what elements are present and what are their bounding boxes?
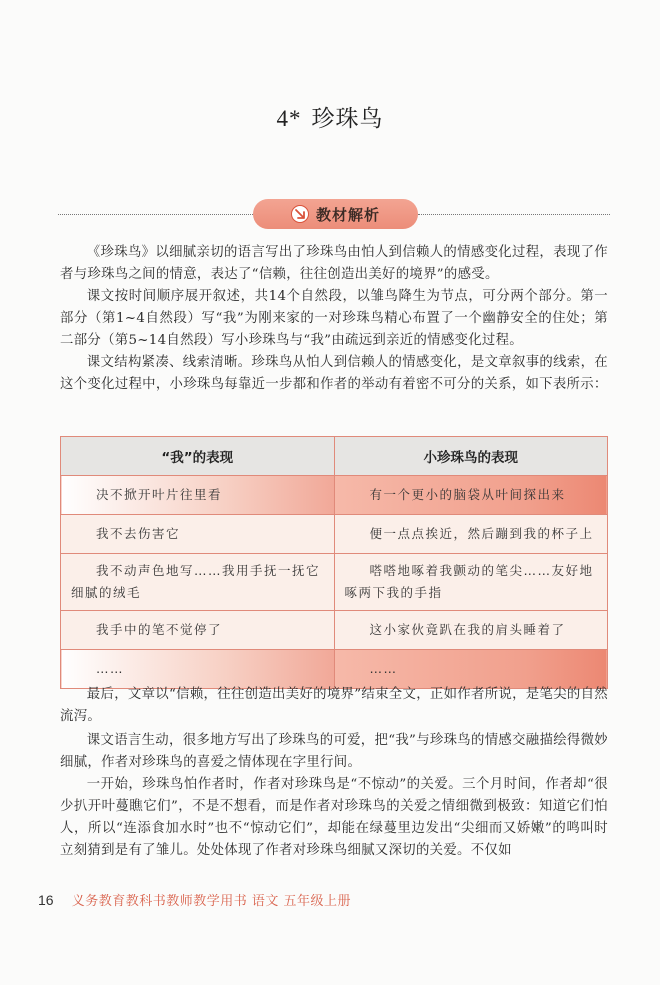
table-cell: 便一点点挨近，然后蹦到我的杯子上 <box>334 515 608 554</box>
table-cell: 有一个更小的脑袋从叶间探出来 <box>334 476 608 515</box>
paragraph-language: 课文语言生动，很多地方写出了珍珠鸟的可爱，把“我”与珍珠鸟的情感交融描绘得微妙细… <box>60 730 608 774</box>
table-cell: 嗒嗒地啄着我颤动的笔尖……友好地啄两下我的手指 <box>334 554 608 611</box>
paragraph-clue: 课文结构紧凑、线索清晰。珍珠鸟从怕人到信赖人的情感变化，是文章叙事的线索，在这个… <box>60 352 608 396</box>
table-row: 我手中的笔不觉停了 这小家伙竟趴在我的肩头睡着了 <box>61 611 608 650</box>
paragraph-ending: 最后，文章以“信赖，往往创造出美好的境界”结束全文，正如作者所说，是笔尖的自然流… <box>60 684 608 728</box>
dotted-divider-left <box>58 214 253 215</box>
arrow-down-right-circle-icon <box>291 205 309 223</box>
table-cell: 我手中的笔不觉停了 <box>61 611 335 650</box>
paragraph-structure: 课文按时间顺序展开叙述，共14个自然段，以雏鸟降生为节点，可分两个部分。第一部分… <box>60 286 608 352</box>
table-cell: …… <box>334 650 608 689</box>
table-cell: 这小家伙竟趴在我的肩头睡着了 <box>334 611 608 650</box>
table-row: …… …… <box>61 650 608 689</box>
page-footer: 16 义务教育教科书教师教学用书 语文 五年级上册 <box>38 890 351 909</box>
table-row: 我不去伤害它 便一点点挨近，然后蹦到我的杯子上 <box>61 515 608 554</box>
paragraph-care: 一开始，珍珠鸟怕作者时，作者对珍珠鸟是“不惊动”的关爱。三个月时间，作者却“很少… <box>60 774 608 862</box>
column-header-bird: 小珍珠鸟的表现 <box>334 437 608 476</box>
paragraph-intro: 《珍珠鸟》以细腻亲切的语言写出了珍珠鸟由怕人到信赖人的情感变化过程，表现了作者与… <box>60 242 608 286</box>
table-header-row: “我”的表现 小珍珠鸟的表现 <box>61 437 608 476</box>
page-number: 16 <box>38 892 54 908</box>
column-header-me: “我”的表现 <box>61 437 335 476</box>
book-title: 义务教育教科书教师教学用书 语文 五年级上册 <box>72 894 351 909</box>
table-cell: 我不动声色地写……我用手抚一抚它细腻的绒毛 <box>61 554 335 611</box>
section-header: 教材解析 <box>58 198 610 232</box>
table-cell: 我不去伤害它 <box>61 515 335 554</box>
lesson-name: 珍珠鸟 <box>312 106 384 132</box>
dotted-divider-right <box>418 214 610 215</box>
comparison-table: “我”的表现 小珍珠鸟的表现 决不掀开叶片往里看 有一个更小的脑袋从叶间探出来 … <box>60 436 608 689</box>
table-cell: 决不掀开叶片往里看 <box>61 476 335 515</box>
lesson-number: 4* <box>277 106 302 131</box>
table-row: 我不动声色地写……我用手抚一抚它细腻的绒毛 嗒嗒地啄着我颤动的笔尖……友好地啄两… <box>61 554 608 611</box>
table-row: 决不掀开叶片往里看 有一个更小的脑袋从叶间探出来 <box>61 476 608 515</box>
section-label: 教材解析 <box>316 204 380 225</box>
section-pill: 教材解析 <box>253 199 418 229</box>
table-cell: …… <box>61 650 335 689</box>
lesson-title: 4*珍珠鸟 <box>0 100 660 133</box>
